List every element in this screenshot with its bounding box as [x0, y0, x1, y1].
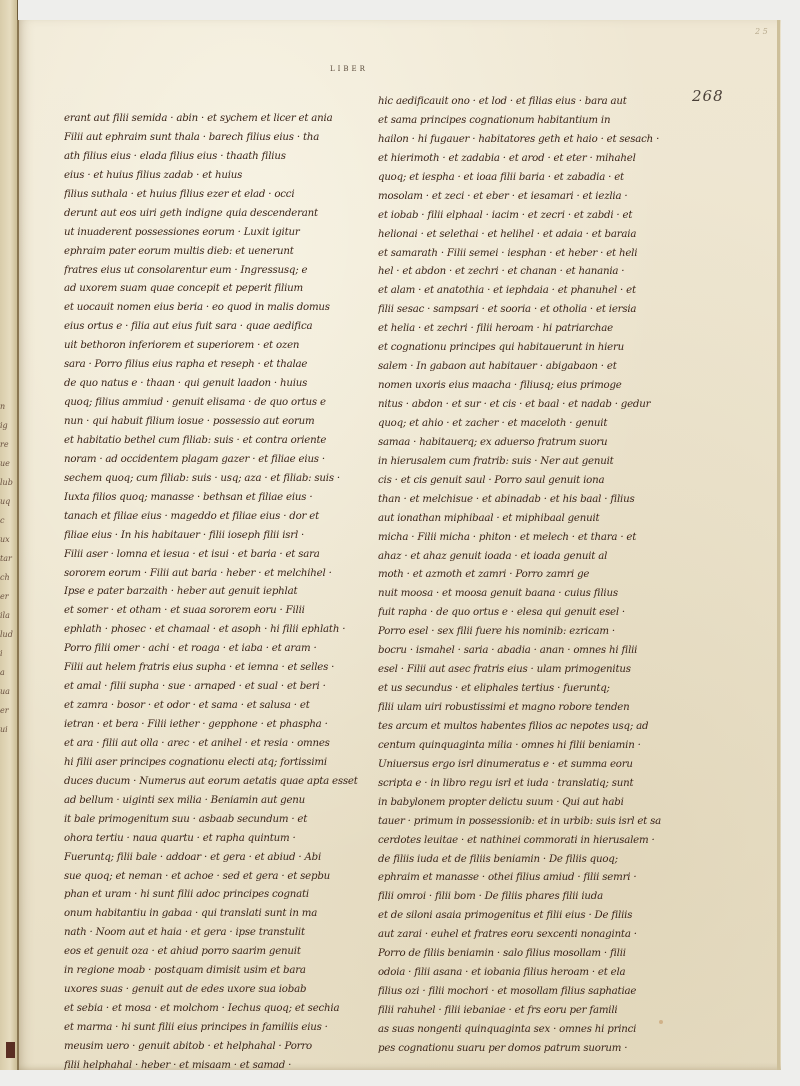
- text-line: et hierimoth · et zadabia · et arod · et…: [378, 150, 688, 169]
- text-line: quoq; et ahio · et zacher · et maceloth …: [378, 415, 688, 434]
- text-line: ahaz · et ahaz genuit ioada · et ioada g…: [378, 548, 688, 567]
- text-line: et helia · et zechri · filii heroam · hi…: [378, 320, 688, 339]
- text-column-left: erant aut filii semida · abin · et syche…: [64, 110, 364, 1076]
- text-line: Filii aser · lomna et iesua · et isui · …: [64, 546, 364, 565]
- text-line: in hierusalem cum fratrib: suis · Ner au…: [378, 453, 688, 472]
- text-line: ut inuaderent possessiones eorum · Luxit…: [64, 224, 364, 243]
- text-line: hailon · hi fugauer · habitatores geth e…: [378, 131, 688, 150]
- text-line: cerdotes leuitae · et nathinei commorati…: [378, 832, 688, 851]
- text-line: et amal · filii supha · sue · arnaped · …: [64, 678, 364, 697]
- facing-page-fragment: uq: [0, 493, 16, 511]
- facing-page-fragment: er: [0, 702, 16, 720]
- binding-tab: [6, 1042, 15, 1058]
- text-line: Filii aut helem fratris eius supha · et …: [64, 659, 364, 678]
- facing-page-fragment: re: [0, 436, 16, 454]
- text-line: quoq; filius ammiud · genuit elisama · d…: [64, 394, 364, 413]
- text-line: et us secundus · et eliphales tertius · …: [378, 680, 688, 699]
- text-line: ephraim et manasse · othei filius amiud …: [378, 869, 688, 888]
- text-line: et habitatio bethel cum filiab: suis · e…: [64, 432, 364, 451]
- text-line: hel · et abdon · et zechri · et chanan ·…: [378, 263, 688, 282]
- facing-page-fragment: lud: [0, 626, 16, 644]
- text-line: hi filii aser principes cognationu elect…: [64, 754, 364, 773]
- text-line: noram · ad occidentem plagam gazer · et …: [64, 451, 364, 470]
- text-line: filius ozi · filii mochori · et mosollam…: [378, 983, 688, 1002]
- text-line: filiae eius · In his habitauer · filii i…: [64, 527, 364, 546]
- text-line: sara · Porro filius eius rapha et reseph…: [64, 356, 364, 375]
- text-line: tauer · primum in possessionib: et in ur…: [378, 813, 688, 832]
- text-line: de filiis iuda et de filiis beniamin · D…: [378, 851, 688, 870]
- text-line: aut zarai · euhel et fratres eoru sexcen…: [378, 926, 688, 945]
- text-line: salem · In gabaon aut habitauer · abigab…: [378, 358, 688, 377]
- text-line: nun · qui habuit filium iosue · possessi…: [64, 413, 364, 432]
- text-line: et de siloni asaia primogenitus et filii…: [378, 907, 688, 926]
- text-line: et cognationu principes qui habitauerunt…: [378, 339, 688, 358]
- facing-page-fragment: c: [0, 512, 16, 530]
- text-line: Fueruntq; filii bale · addoar · et gera …: [64, 849, 364, 868]
- text-line: centum quinquaginta milia · omnes hi fil…: [378, 737, 688, 756]
- text-line: et sama principes cognationum habitantiu…: [378, 112, 688, 131]
- text-line: Ipse e pater barzaith · heber aut genuit…: [64, 583, 364, 602]
- text-line: ad uxorem suam quae concepit et peperit …: [64, 280, 364, 299]
- faint-margin-number: 2 5: [755, 27, 768, 36]
- folio-right-edge: [777, 20, 780, 1070]
- text-line: quoq; et iespha · et ioaa filii baria · …: [378, 169, 688, 188]
- text-line: in regione moab · postquam dimisit usim …: [64, 962, 364, 981]
- facing-page-fragment: ila: [0, 607, 16, 625]
- text-column-right: hic aedificauit ono · et lod · et filias…: [378, 93, 688, 1059]
- text-line: et somer · et otham · et suaa sororem eo…: [64, 602, 364, 621]
- text-line: meusim uero · genuit abitob · et helphah…: [64, 1038, 364, 1057]
- text-line: filii rahuhel · filii iebaniae · et frs …: [378, 1002, 688, 1021]
- text-line: tes arcum et multos habentes filios ac n…: [378, 718, 688, 737]
- text-line: esel · Filii aut asec fratris eius · ula…: [378, 661, 688, 680]
- text-line: Filii aut ephraim sunt thala · barech fi…: [64, 129, 364, 148]
- text-line: scripta e · in libro regu isrl et iuda ·…: [378, 775, 688, 794]
- text-line: ephlath · phosec · et chamaal · et asoph…: [64, 621, 364, 640]
- text-line: Porro filii omer · achi · et roaga · et …: [64, 640, 364, 659]
- text-line: ohora tertiu · naua quartu · et rapha qu…: [64, 830, 364, 849]
- text-line: nitus · abdon · et sur · et cis · et baa…: [378, 396, 688, 415]
- facing-page-fragment: n: [0, 398, 16, 416]
- text-line: erant aut filii semida · abin · et syche…: [64, 110, 364, 129]
- text-line: derunt aut eos uiri geth indigne quia de…: [64, 205, 364, 224]
- text-line: micha · Filii micha · phiton · et melech…: [378, 529, 688, 548]
- text-line: Uniuersus ergo isrl dinumeratus e · et s…: [378, 756, 688, 775]
- text-line: et alam · et anatothia · et iephdaia · e…: [378, 282, 688, 301]
- text-line: Porro de filiis beniamin · salo filius m…: [378, 945, 688, 964]
- text-line: pes cognationu suaru per domos patrum su…: [378, 1040, 688, 1059]
- text-line: et iobab · filii elphaal · iacim · et ze…: [378, 207, 688, 226]
- facing-page-fragment: er: [0, 588, 16, 606]
- facing-page-fragment: a: [0, 664, 16, 682]
- facing-page-fragment: ig: [0, 417, 16, 435]
- text-line: aut ionathan miphibaal · et miphibaal ge…: [378, 510, 688, 529]
- text-line: nuit moosa · et moosa genuit baana · cui…: [378, 585, 688, 604]
- text-line: in babylonem propter delictu suum · Qui …: [378, 794, 688, 813]
- facing-page-fragment: ch: [0, 569, 16, 587]
- text-line: samaa · habitauerq; ex aduerso fratrum s…: [378, 434, 688, 453]
- text-line: nath · Noom aut et haia · et gera · ipse…: [64, 924, 364, 943]
- text-line: et ara · filii aut olla · arec · et anih…: [64, 735, 364, 754]
- text-line: filii ulam uiri robustissimi et magno ro…: [378, 699, 688, 718]
- text-line: ephraim pater eorum multis dieb: et uene…: [64, 243, 364, 262]
- facing-page-fragment: tar: [0, 550, 16, 568]
- text-line: moth · et azmoth et zamri · Porro zamri …: [378, 566, 688, 585]
- text-line: et marma · hi sunt filii eius principes …: [64, 1019, 364, 1038]
- text-line: et uocauit nomen eius beria · eo quod in…: [64, 299, 364, 318]
- text-line: it bale primogenitum suu · asbaab secund…: [64, 811, 364, 830]
- text-line: onum habitantiu in gabaa · qui translati…: [64, 905, 364, 924]
- text-line: uit bethoron inferiorem et superiorem · …: [64, 337, 364, 356]
- text-line: than · et melchisue · et abinadab · et h…: [378, 491, 688, 510]
- folio-number: 268: [692, 87, 724, 105]
- text-line: filii sesac · sampsari · et sooria · et …: [378, 301, 688, 320]
- text-line: eius · et huius filius zadab · et huius: [64, 167, 364, 186]
- text-line: helionai · et selethai · et helihel · et…: [378, 226, 688, 245]
- text-line: uxores suas · genuit aut de edes uxore s…: [64, 981, 364, 1000]
- facing-page-fragment: i: [0, 645, 16, 663]
- facing-page-fragment: ue: [0, 455, 16, 473]
- text-line: fratres eius ut consolarentur eum · Ingr…: [64, 262, 364, 281]
- facing-page-fragment: lub: [0, 474, 16, 492]
- text-line: sue quoq; et neman · et achoe · sed et g…: [64, 868, 364, 887]
- text-line: et samarath · Filii semei · iesphan · et…: [378, 245, 688, 264]
- text-line: bocru · ismahel · saria · abadia · anan …: [378, 642, 688, 661]
- text-line: filii omroi · filii bom · De filiis phar…: [378, 888, 688, 907]
- facing-page-fragment: ua: [0, 683, 16, 701]
- facing-page-fragment: ui: [0, 721, 16, 739]
- text-line: de quo natus e · thaan · qui genuit laad…: [64, 375, 364, 394]
- text-line: tanach et filiae eius · mageddo et filia…: [64, 508, 364, 527]
- text-line: as suas nongenti quinquaginta sex · omne…: [378, 1021, 688, 1040]
- text-line: ath filius eius · elada filius eius · th…: [64, 148, 364, 167]
- text-line: phan et uram · hi sunt filii adoc princi…: [64, 886, 364, 905]
- text-line: eos et genuit oza · et ahiud porro saari…: [64, 943, 364, 962]
- text-line: odoia · filii asana · et iobania filius …: [378, 964, 688, 983]
- text-line: filii helphahal · heber · et misaam · et…: [64, 1057, 364, 1076]
- running-header: LIBER: [330, 65, 368, 73]
- text-line: duces ducum · Numerus aut eorum aetatis …: [64, 773, 364, 792]
- text-line: et sebia · et mosa · et molchom · Iechus…: [64, 1000, 364, 1019]
- text-line: nomen uxoris eius maacha · filiusq; eius…: [378, 377, 688, 396]
- text-line: hic aedificauit ono · et lod · et filias…: [378, 93, 688, 112]
- text-line: cis · et cis genuit saul · Porro saul ge…: [378, 472, 688, 491]
- text-line: Iuxta filios quoq; manasse · bethsan et …: [64, 489, 364, 508]
- text-line: mosolam · et zeci · et eber · et iesamar…: [378, 188, 688, 207]
- text-line: filius suthala · et huius filius ezer et…: [64, 186, 364, 205]
- text-line: ietran · et bera · Filii iether · geppho…: [64, 716, 364, 735]
- text-line: ad bellum · uiginti sex milia · Beniamin…: [64, 792, 364, 811]
- text-line: et zamra · bosor · et odor · et sama · e…: [64, 697, 364, 716]
- facing-page-fragment: ux: [0, 531, 16, 549]
- text-line: Porro esel · sex filii fuere his nominib…: [378, 623, 688, 642]
- text-line: sechem quoq; cum filiab: suis · usq; aza…: [64, 470, 364, 489]
- text-line: eius ortus e · filia aut eius fuit sara …: [64, 318, 364, 337]
- text-line: sororem eorum · Filii aut baria · heber …: [64, 565, 364, 584]
- text-line: fuit rapha · de quo ortus e · elesa qui …: [378, 604, 688, 623]
